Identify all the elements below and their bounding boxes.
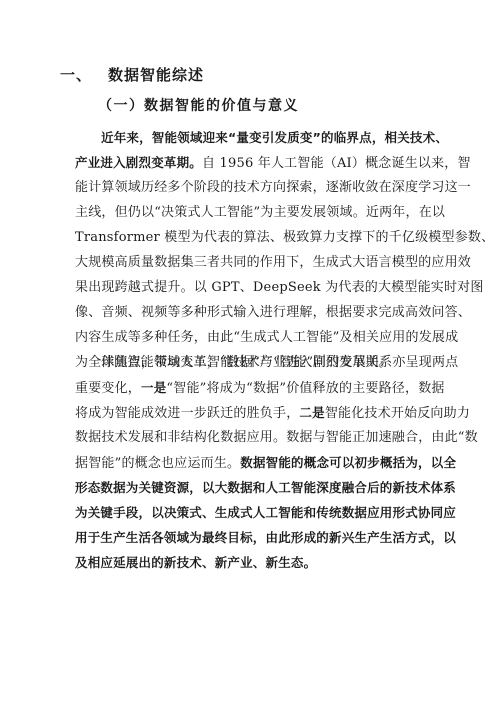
text-span: 大规模高质量数据集三者共同的作用下，生成式大语言模型的应用效 <box>75 255 471 270</box>
paragraph-line: 产业进入剧烈变革期。自 1956 年人工智能（AI）概念诞生以来，智 <box>75 153 427 173</box>
subsection-number: （一） <box>98 95 144 115</box>
paragraph-line: 近年来，智能领域迎来“量变引发质变”的临界点，相关技术、 <box>101 128 427 148</box>
text-span: 像、音频、视频等多种形式输入进行理解，根据要求完成高效问答、 <box>75 305 471 320</box>
paragraph-line: 用于生产生活各领域为最终目标，由此形成的新兴生产生活方式，以 <box>75 528 427 548</box>
text-span: 智能化技术开始反向助力 <box>325 406 470 421</box>
bold-text: 近年来，智能领域迎来“量变引发质变”的临界点，相关技术、 <box>101 130 448 145</box>
paragraph-line: 主线，但仍以“决策式人工智能”为主要发展领域。近两年，在以 <box>75 203 427 223</box>
paragraph-line: 据智能”的概念也应运而生。数据智能的概念可以初步概括为，以全 <box>75 453 427 473</box>
text-span: 将成为智能成效进一步跃迁的胜负手， <box>75 406 299 421</box>
bold-text: 形态数据为关键资源，以大数据和人工智能深度融合后的新技术体系 <box>75 480 456 495</box>
bold-text: 为关键手段，以决策式、生成式人工智能和传统数据应用形式协同应 <box>75 505 456 520</box>
text-span: 果出现跨越式提升。以 GPT、DeepSeek 为代表的大模型能实时对图 <box>75 280 484 295</box>
bold-text: 一是 <box>141 380 166 395</box>
text-span: 重要变化， <box>75 381 141 396</box>
text-span: 主线，但仍以“决策式人工智能”为主要发展领域。近两年，在以 <box>75 205 445 220</box>
paragraph-line: 像、音频、视频等多种形式输入进行理解，根据要求完成高效问答、 <box>75 303 427 323</box>
paragraph-line: 重要变化，一是“智能”将成为“数据”价值释放的主要路径，数据 <box>75 378 427 398</box>
paragraph-line: 大规模高质量数据集三者共同的作用下，生成式大语言模型的应用效 <box>75 253 427 273</box>
text-span: 伴随智能领域变革，“数据”与“智能”间的发展关系亦呈现两点 <box>101 355 458 370</box>
text-span: 自 1956 年人工智能（AI）概念诞生以来，智 <box>202 156 471 171</box>
subsection-title: 数据智能的价值与意义 <box>144 98 299 114</box>
bold-text: 数据智能的概念可以初步概括为，以全 <box>240 455 456 470</box>
bold-text: 产业进入剧烈变革期。 <box>75 155 202 170</box>
text-span: Transformer 模型为代表的算法、极致算力支撑下的千亿级模型参数、 <box>75 230 494 245</box>
bold-text: 用于生产生活各领域为最终目标，由此形成的新兴生产生活方式，以 <box>75 530 456 545</box>
subsection-heading: （一）数据智能的价值与意义 <box>98 95 299 115</box>
paragraph-line: Transformer 模型为代表的算法、极致算力支撑下的千亿级模型参数、 <box>75 228 427 248</box>
text-span: 内容生成等多种任务，由此“生成式人工智能”及相关应用的发展成 <box>75 330 458 345</box>
paragraph-line: 果出现跨越式提升。以 GPT、DeepSeek 为代表的大模型能实时对图 <box>75 278 427 298</box>
paragraph-line: 形态数据为关键资源，以大数据和人工智能深度融合后的新技术体系 <box>75 478 427 498</box>
text-span: 能计算领域历经多个阶段的技术方向探索，逐渐收敛在深度学习这一 <box>75 180 471 195</box>
paragraph-line: 及相应延展出的新技术、新产业、新生态。 <box>75 553 427 573</box>
paragraph-line: 能计算领域历经多个阶段的技术方向探索，逐渐收敛在深度学习这一 <box>75 178 427 198</box>
bold-text: 二是 <box>299 405 324 420</box>
text-span: 数据技术发展和非结构化数据应用。数据与智能正加速融合，由此“数 <box>75 430 478 445</box>
section-title: 数据智能综述 <box>108 66 204 84</box>
section-heading: 一、数据智能综述 <box>60 64 204 85</box>
paragraph-line: 伴随智能领域变革，“数据”与“智能”间的发展关系亦呈现两点 <box>101 353 427 373</box>
bold-text: 及相应延展出的新技术、新产业、新生态。 <box>75 555 316 570</box>
text-span: 据智能”的概念也应运而生。 <box>75 456 240 471</box>
document-page: 一、数据智能综述 （一）数据智能的价值与意义 近年来，智能领域迎来“量变引发质变… <box>0 0 500 707</box>
paragraph-line: 数据技术发展和非结构化数据应用。数据与智能正加速融合，由此“数 <box>75 428 427 448</box>
text-span: “智能”将成为“数据”价值释放的主要路径，数据 <box>166 381 444 396</box>
paragraph-line: 为关键手段，以决策式、生成式人工智能和传统数据应用形式协同应 <box>75 503 427 523</box>
section-number: 一、 <box>60 64 108 85</box>
paragraph-line: 内容生成等多种任务，由此“生成式人工智能”及相关应用的发展成 <box>75 328 427 348</box>
paragraph-line: 将成为智能成效进一步跃迁的胜负手，二是智能化技术开始反向助力 <box>75 403 427 423</box>
